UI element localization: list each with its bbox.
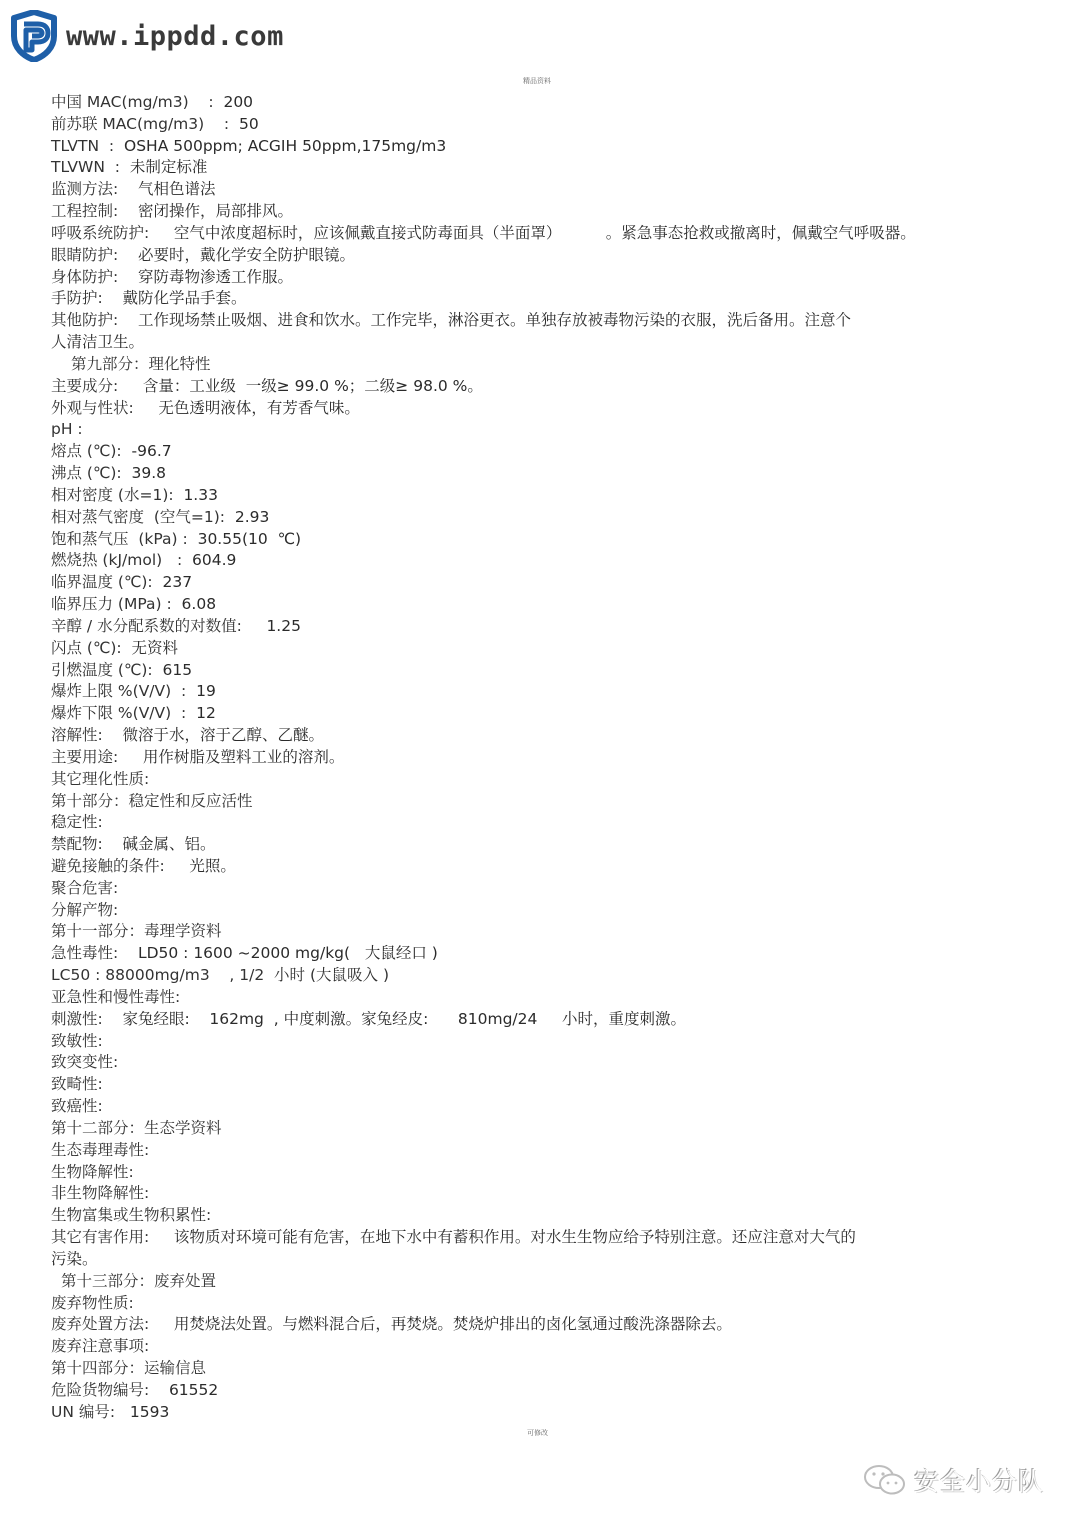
field-row: 急性毒性: LD50 : 1600 ~2000 mg/kg( 大鼠经口 ) bbox=[51, 943, 1041, 965]
field-row: 临界压力 (MPa) : 6.08 bbox=[51, 594, 1041, 616]
field-value: 必要时，戴化学安全防护眼镜。 bbox=[118, 246, 355, 264]
field-value: 无资料 bbox=[122, 639, 178, 657]
field-row: 避免接触的条件: 光照。 bbox=[51, 856, 1041, 878]
field-label: 前苏联 MAC(mg/m3) : bbox=[51, 115, 229, 133]
footer-note: 可修改 bbox=[527, 1428, 548, 1438]
field-label: 致敏性: bbox=[51, 1032, 103, 1050]
field-value: 61552 bbox=[149, 1381, 218, 1399]
field-label: 其他防护: bbox=[51, 311, 118, 329]
field-label: 急性毒性: bbox=[51, 944, 118, 962]
field-label: 其它理化性质: bbox=[51, 770, 149, 788]
field-label: 其它有害作用: bbox=[51, 1228, 149, 1246]
section-title: 第十一部分：毒理学资料 bbox=[51, 922, 222, 940]
field-label: 主要成分: bbox=[51, 377, 118, 395]
field-row: 闪点 (℃): 无资料 bbox=[51, 638, 1041, 660]
section-heading: 第九部分：理化特性 bbox=[51, 354, 1041, 376]
field-value: 2.93 bbox=[225, 508, 269, 526]
field-label: 辛醇 / 水分配系数的对数值: bbox=[51, 617, 242, 635]
field-value: 1.25 bbox=[242, 617, 301, 635]
field-row: UN 编号: 1593 bbox=[51, 1402, 1041, 1424]
field-label: 致癌性: bbox=[51, 1097, 103, 1115]
field-label: 外观与性状: bbox=[51, 399, 134, 417]
field-label: 生物富集或生物积累性: bbox=[51, 1206, 211, 1224]
field-row: LC50 : 88000mg/m3 , 1/2 小时 (大鼠吸入 ) bbox=[51, 965, 1041, 987]
field-row: 临界温度 (℃): 237 bbox=[51, 572, 1041, 594]
field-value: 用作树脂及塑料工业的溶剂。 bbox=[118, 748, 344, 766]
field-value: 200 bbox=[214, 93, 253, 111]
field-value: 无色透明液体，有芳香气味。 bbox=[134, 399, 360, 417]
field-value: 污染。 bbox=[51, 1250, 98, 1268]
field-value: LD50 : 1600 ~2000 mg/kg( 大鼠经口 ) bbox=[118, 944, 438, 962]
field-value: 604.9 bbox=[182, 551, 236, 569]
field-row: 生态毒理毒性: bbox=[51, 1140, 1041, 1162]
field-row: 监测方法: 气相色谱法 bbox=[51, 179, 1041, 201]
field-row: 非生物降解性: bbox=[51, 1183, 1041, 1205]
field-value: 6.08 bbox=[172, 595, 216, 613]
field-row: 亚急性和慢性毒性: bbox=[51, 987, 1041, 1009]
field-label: 眼睛防护: bbox=[51, 246, 118, 264]
field-row: 致畸性: bbox=[51, 1074, 1041, 1096]
field-row: 禁配物: 碱金属、铝。 bbox=[51, 834, 1041, 856]
field-label: 工程控制: bbox=[51, 202, 118, 220]
field-label: 饱和蒸气压 (kPa) : bbox=[51, 530, 188, 548]
field-label: 致突变性: bbox=[51, 1053, 118, 1071]
section-title: 第九部分：理化特性 bbox=[71, 355, 211, 373]
watermark-text: 安全小分队 bbox=[914, 1462, 1044, 1498]
field-label: 燃烧热 (kJ/mol) : bbox=[51, 551, 182, 569]
field-label: UN 编号: bbox=[51, 1403, 115, 1421]
field-row: 致敏性: bbox=[51, 1031, 1041, 1053]
field-row: 手防护: 戴防化学品手套。 bbox=[51, 288, 1041, 310]
field-value: 气相色谱法 bbox=[118, 180, 215, 198]
site-url: www.ippdd.com bbox=[66, 21, 284, 52]
field-row: 致癌性: bbox=[51, 1096, 1041, 1118]
field-value: 碱金属、铝。 bbox=[103, 835, 216, 853]
field-value: 12 bbox=[186, 704, 216, 722]
field-value: OSHA 500ppm; ACGIH 50ppm,175mg/m3 bbox=[114, 137, 446, 155]
field-label: 聚合危害: bbox=[51, 879, 118, 897]
field-row: 外观与性状: 无色透明液体，有芳香气味。 bbox=[51, 398, 1041, 420]
field-label: 中国 MAC(mg/m3) : bbox=[51, 93, 214, 111]
field-label: 熔点 (℃): bbox=[51, 442, 122, 460]
field-row: pH : bbox=[51, 419, 1041, 441]
document-body: 中国 MAC(mg/m3) : 200前苏联 MAC(mg/m3) : 50TL… bbox=[51, 92, 1041, 1424]
field-row: 其他防护: 工作现场禁止吸烟、进食和饮水。工作完毕，淋浴更衣。单独存放被毒物污染… bbox=[51, 310, 1041, 332]
field-row: 沸点 (℃): 39.8 bbox=[51, 463, 1041, 485]
field-row: 聚合危害: bbox=[51, 878, 1041, 900]
field-value: 光照。 bbox=[165, 857, 236, 875]
field-row: 熔点 (℃): -96.7 bbox=[51, 441, 1041, 463]
field-row: 爆炸上限 %(V/V) : 19 bbox=[51, 681, 1041, 703]
field-label: 身体防护: bbox=[51, 268, 118, 286]
field-row: 污染。 bbox=[51, 1249, 1041, 1271]
section-heading: 第十三部分：废弃处置 bbox=[51, 1271, 1041, 1293]
field-row: 致突变性: bbox=[51, 1052, 1041, 1074]
field-value: 用焚烧法处置。与燃料混合后，再焚烧。焚烧炉排出的卤化氢通过酸洗涤器除去。 bbox=[149, 1315, 732, 1333]
field-label: 闪点 (℃): bbox=[51, 639, 122, 657]
field-label: 废弃注意事项: bbox=[51, 1337, 149, 1355]
section-heading: 第十部分：稳定性和反应活性 bbox=[51, 791, 1041, 813]
field-row: 主要成分: 含量：工业级 一级≥ 99.0 %；二级≥ 98.0 %。 bbox=[51, 376, 1041, 398]
field-row: 身体防护: 穿防毒物渗透工作服。 bbox=[51, 267, 1041, 289]
field-value: 39.8 bbox=[122, 464, 166, 482]
field-row: 生物富集或生物积累性: bbox=[51, 1205, 1041, 1227]
field-label: 呼吸系统防护: bbox=[51, 224, 149, 242]
site-brand: www.ippdd.com bbox=[10, 10, 284, 62]
field-row: TLVTN : OSHA 500ppm; ACGIH 50ppm,175mg/m… bbox=[51, 136, 1041, 158]
field-label: 非生物降解性: bbox=[51, 1184, 149, 1202]
field-label: 禁配物: bbox=[51, 835, 103, 853]
field-label: 危险货物编号: bbox=[51, 1381, 149, 1399]
field-row: 眼睛防护: 必要时，戴化学安全防护眼镜。 bbox=[51, 245, 1041, 267]
field-row: 稳定性: bbox=[51, 812, 1041, 834]
field-label: 致畸性: bbox=[51, 1075, 103, 1093]
field-label: 爆炸上限 %(V/V) : bbox=[51, 682, 186, 700]
field-label: 生物降解性: bbox=[51, 1163, 134, 1181]
field-row: TLVWN : 未制定标准 bbox=[51, 157, 1041, 179]
field-value: 50 bbox=[229, 115, 259, 133]
section-title: 第十二部分：生态学资料 bbox=[51, 1119, 222, 1137]
field-row: 相对蒸气密度 (空气=1): 2.93 bbox=[51, 507, 1041, 529]
field-label: 临界压力 (MPa) : bbox=[51, 595, 172, 613]
watermark: 安全小分队 bbox=[862, 1462, 1044, 1498]
header-note: 精品资料 bbox=[523, 76, 551, 86]
field-value: 人清洁卫生。 bbox=[51, 333, 144, 351]
field-row: 引燃温度 (℃): 615 bbox=[51, 660, 1041, 682]
field-value: 1593 bbox=[115, 1403, 169, 1421]
field-value: 30.55(10 ℃) bbox=[188, 530, 301, 548]
field-value: 237 bbox=[153, 573, 192, 591]
field-row: 废弃注意事项: bbox=[51, 1336, 1041, 1358]
section-title: 第十三部分：废弃处置 bbox=[61, 1272, 216, 1290]
field-value: 家兔经眼: 162mg , 中度刺激。家兔经皮: 810mg/24 小时，重度刺… bbox=[103, 1010, 686, 1028]
field-value: 含量：工业级 一级≥ 99.0 %；二级≥ 98.0 %。 bbox=[118, 377, 483, 395]
field-label: 相对密度 (水=1): bbox=[51, 486, 174, 504]
field-label: 引燃温度 (℃): bbox=[51, 661, 153, 679]
field-row: 主要用途: 用作树脂及塑料工业的溶剂。 bbox=[51, 747, 1041, 769]
field-row: 其它理化性质: bbox=[51, 769, 1041, 791]
wechat-icon bbox=[862, 1463, 908, 1497]
field-label: 刺激性: bbox=[51, 1010, 103, 1028]
field-value: 19 bbox=[186, 682, 216, 700]
field-row: 饱和蒸气压 (kPa) : 30.55(10 ℃) bbox=[51, 529, 1041, 551]
field-label: TLVTN : bbox=[51, 137, 114, 155]
field-value: 工作现场禁止吸烟、进食和饮水。工作完毕，淋浴更衣。单独存放被毒物污染的衣服，洗后… bbox=[118, 311, 851, 329]
section-heading: 第十二部分：生态学资料 bbox=[51, 1118, 1041, 1140]
field-label: 稳定性: bbox=[51, 813, 103, 831]
field-value: 戴防化学品手套。 bbox=[103, 289, 247, 307]
field-row: 其它有害作用: 该物质对环境可能有危害，在地下水中有蓄积作用。对水生生物应给予特… bbox=[51, 1227, 1041, 1249]
field-row: 分解产物: bbox=[51, 900, 1041, 922]
field-label: 废弃处置方法: bbox=[51, 1315, 149, 1333]
field-value: 615 bbox=[153, 661, 192, 679]
field-label: 生态毒理毒性: bbox=[51, 1141, 149, 1159]
field-label: 爆炸下限 %(V/V) : bbox=[51, 704, 186, 722]
field-row: 废弃物性质: bbox=[51, 1293, 1041, 1315]
field-row: 相对密度 (水=1): 1.33 bbox=[51, 485, 1041, 507]
field-value: 空气中浓度超标时，应该佩戴直接式防毒面具（半面罩） 。紧急事态抢救或撤离时，佩戴… bbox=[149, 224, 915, 242]
section-heading: 第十四部分：运输信息 bbox=[51, 1358, 1041, 1380]
field-label: 避免接触的条件: bbox=[51, 857, 165, 875]
field-row: 人清洁卫生。 bbox=[51, 332, 1041, 354]
field-row: 前苏联 MAC(mg/m3) : 50 bbox=[51, 114, 1041, 136]
field-label: 沸点 (℃): bbox=[51, 464, 122, 482]
field-row: 爆炸下限 %(V/V) : 12 bbox=[51, 703, 1041, 725]
field-value: -96.7 bbox=[122, 442, 172, 460]
shield-p-logo-icon bbox=[10, 10, 58, 62]
field-row: 工程控制: 密闭操作，局部排风。 bbox=[51, 201, 1041, 223]
field-value: 微溶于水，溶于乙醇、乙醚。 bbox=[103, 726, 324, 744]
field-row: 溶解性: 微溶于水，溶于乙醇、乙醚。 bbox=[51, 725, 1041, 747]
field-value: 未制定标准 bbox=[120, 158, 207, 176]
field-label: 亚急性和慢性毒性: bbox=[51, 988, 180, 1006]
field-row: 生物降解性: bbox=[51, 1162, 1041, 1184]
field-value: 穿防毒物渗透工作服。 bbox=[118, 268, 293, 286]
field-row: 中国 MAC(mg/m3) : 200 bbox=[51, 92, 1041, 114]
section-title: 第十部分：稳定性和反应活性 bbox=[51, 792, 253, 810]
field-value: 该物质对环境可能有危害，在地下水中有蓄积作用。对水生生物应给予特别注意。还应注意… bbox=[149, 1228, 856, 1246]
field-value: 1.33 bbox=[174, 486, 218, 504]
field-label: TLVWN : bbox=[51, 158, 120, 176]
field-row: 辛醇 / 水分配系数的对数值: 1.25 bbox=[51, 616, 1041, 638]
field-label: 相对蒸气密度 (空气=1): bbox=[51, 508, 225, 526]
field-label: 主要用途: bbox=[51, 748, 118, 766]
field-value: 密闭操作，局部排风。 bbox=[118, 202, 293, 220]
field-label: 溶解性: bbox=[51, 726, 103, 744]
section-heading: 第十一部分：毒理学资料 bbox=[51, 921, 1041, 943]
section-title: 第十四部分：运输信息 bbox=[51, 1359, 206, 1377]
field-label: LC50 : 88000mg/m3 , 1/2 小时 (大鼠吸入 ) bbox=[51, 966, 389, 984]
field-label: 临界温度 (℃): bbox=[51, 573, 153, 591]
field-row: 刺激性: 家兔经眼: 162mg , 中度刺激。家兔经皮: 810mg/24 小… bbox=[51, 1009, 1041, 1031]
field-label: 手防护: bbox=[51, 289, 103, 307]
field-label: 废弃物性质: bbox=[51, 1294, 134, 1312]
field-row: 燃烧热 (kJ/mol) : 604.9 bbox=[51, 550, 1041, 572]
field-label: pH : bbox=[51, 420, 83, 438]
field-row: 呼吸系统防护: 空气中浓度超标时，应该佩戴直接式防毒面具（半面罩） 。紧急事态抢… bbox=[51, 223, 1041, 245]
field-row: 危险货物编号: 61552 bbox=[51, 1380, 1041, 1402]
field-label: 监测方法: bbox=[51, 180, 118, 198]
field-label: 分解产物: bbox=[51, 901, 118, 919]
field-row: 废弃处置方法: 用焚烧法处置。与燃料混合后，再焚烧。焚烧炉排出的卤化氢通过酸洗涤… bbox=[51, 1314, 1041, 1336]
